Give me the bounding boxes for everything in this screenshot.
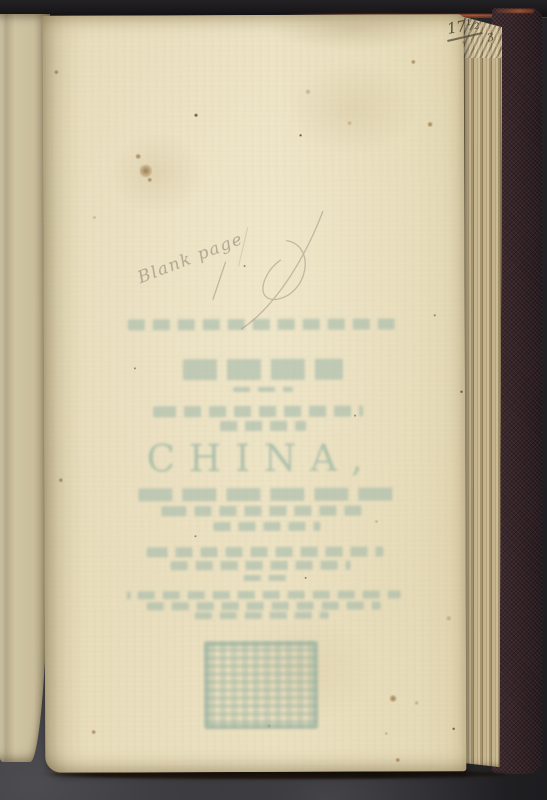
foxing-spot <box>374 520 378 524</box>
ghost-text-block: CHINA, <box>43 14 467 772</box>
dust-speck <box>305 577 307 579</box>
foxing-spot <box>452 727 455 730</box>
ghost-text-line <box>213 522 320 531</box>
foxing-spot <box>389 695 397 703</box>
foxing-spot <box>135 153 141 159</box>
dust-speck <box>194 535 196 537</box>
foxing-spot <box>384 732 388 736</box>
foxing-spot <box>299 134 302 137</box>
ghost-text-line <box>160 506 368 517</box>
foxing-spot <box>194 113 198 117</box>
ghost-text-line <box>220 421 306 431</box>
foxing-spot <box>147 177 152 182</box>
foxing-spot <box>139 163 152 178</box>
ghost-text-line <box>153 406 363 418</box>
text-block-fore-edge <box>460 16 502 770</box>
foxing-spot <box>54 70 59 75</box>
ghost-text-line <box>127 590 401 599</box>
ghost-text-line <box>138 488 396 502</box>
ghost-text-line <box>183 359 343 381</box>
dust-speck <box>244 265 246 267</box>
foxing-spot <box>91 730 96 735</box>
foxing-spot <box>92 216 96 220</box>
ghost-headline: CHINA, <box>44 436 465 480</box>
foxing-spot <box>347 121 352 126</box>
ghost-text-line <box>233 387 293 392</box>
ghost-printer-ornament <box>204 641 318 729</box>
foxing-spot <box>267 724 271 728</box>
foxing-spot <box>460 390 463 393</box>
foxing-spot <box>427 121 433 127</box>
book-scan: CHINA, Blank page <box>0 0 547 800</box>
ghost-text-line <box>171 561 351 571</box>
foxing-spot <box>395 757 400 762</box>
foxing-spot <box>462 40 466 44</box>
dust-speck <box>134 367 136 369</box>
foxing-spot <box>411 59 416 64</box>
ghost-text-line <box>244 575 291 581</box>
ghost-text-line <box>147 547 384 558</box>
dust-speck <box>354 415 356 417</box>
foxing-spot <box>446 615 452 621</box>
foxing-spot <box>414 700 419 705</box>
ghost-text-line <box>195 612 329 619</box>
ghost-text-line <box>147 602 381 611</box>
foxing-spot <box>58 478 63 483</box>
dust-speck <box>434 314 436 316</box>
blank-page: CHINA, Blank page <box>43 14 467 772</box>
foxing-spot <box>305 89 311 95</box>
